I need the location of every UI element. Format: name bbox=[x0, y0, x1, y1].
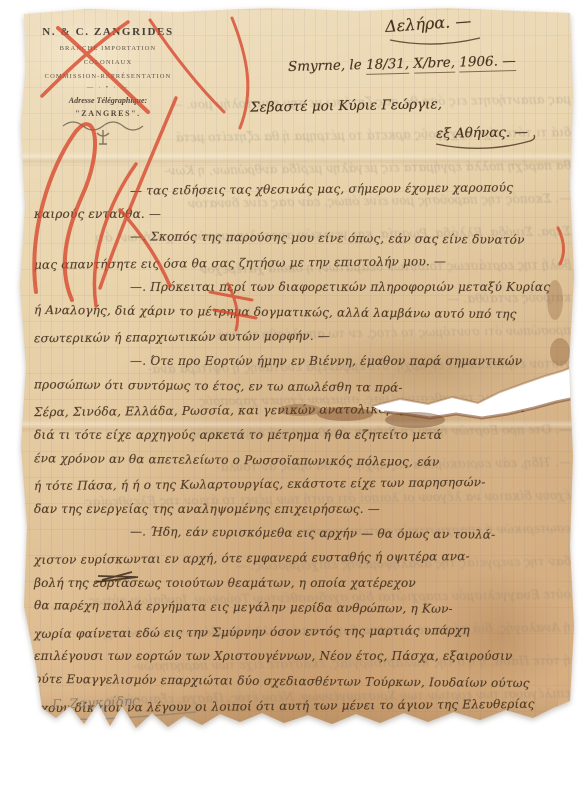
handwriting-line: Σέρα, Σινόδα, Ελλάδα, Ρωσσία, και γενικώ… bbox=[34, 401, 525, 419]
handwriting-line: ούτε Ευαγγελισμόν επαρχιώται δύο σχεδιασ… bbox=[34, 672, 530, 690]
handwriting-line: επιλέγουσι των εορτών των Χριστουγέννων,… bbox=[34, 649, 512, 663]
letterhead-telegraph-name: "ZANGRES". bbox=[24, 109, 192, 118]
handwriting-line: —. Ότε προ Εορτών ήμην εν Βιέννη, έμαθον… bbox=[130, 354, 522, 368]
dateline: Smyrne, le 18/31, X/bre, 1906. — bbox=[288, 53, 516, 75]
letter-paper: μας απαντήσητε εις όσα θα σας ζητήσω με … bbox=[18, 6, 575, 738]
handwriting-line: χωρία φαίνεται εδώ εις την Σμύρνην όσον … bbox=[34, 623, 470, 641]
docket-note: Δελήρα. — bbox=[384, 11, 471, 36]
letterhead-line-2: COLONIAUX bbox=[24, 59, 192, 66]
handwriting-line: προσώπων ότι συντόμως το έτος, εν τω απω… bbox=[34, 377, 403, 394]
origin-note: εξ Αθήνας. — bbox=[436, 124, 528, 142]
handwriting-line: βολή της εορτάσεως τοιούτων θεαμάτων, η … bbox=[34, 576, 416, 590]
handwriting-line: —. Πρόκειται περί των διαφορετικών πληρο… bbox=[130, 280, 550, 294]
dateline-place: Smyrne, le bbox=[288, 57, 366, 75]
dateline-year: 1906. — bbox=[459, 53, 516, 72]
scanned-letter-page: μας απαντήσητε εις όσα θα σας ζητήσω με … bbox=[0, 0, 581, 800]
letterhead-telegraph-label: Adresse Télégraphique: bbox=[24, 96, 192, 105]
letterhead-company-name: N. & C. ZANGRIDES bbox=[24, 26, 192, 38]
letterhead-line-3: COMMISSION-REPRÉSENTATION bbox=[24, 73, 192, 80]
letterhead-line-1: BRANCHE IMPORTATION bbox=[24, 45, 192, 52]
handwriting-line: εσωτερικών ή επαρχιωτικών αυτών μορφήν. … bbox=[34, 328, 330, 345]
salutation: Σεβαστέ μοι Κύριε Γεώργιε, bbox=[250, 96, 442, 115]
letter-sheet-wrap: μας απαντήσητε εις όσα θα σας ζητήσω με … bbox=[0, 0, 581, 800]
dateline-day: 18/31, bbox=[366, 56, 410, 75]
letterhead-ornament: — · • · — bbox=[24, 85, 192, 91]
handwriting-line: ή Αναλογής, διά χάριν το μέτρημα δογματι… bbox=[34, 303, 517, 321]
handwriting-line: ένα χρόνον αν θα απετελείωτο ο Ρωσσοϊαπω… bbox=[34, 451, 440, 469]
handwriting-line: θα παρέχη πολλά εργήματα εις μεγάλην μερ… bbox=[34, 598, 453, 616]
letterhead-flourish-icon bbox=[53, 120, 163, 150]
handwriting-line: —. Σκοπός της παρούσης μου είνε όπως, εά… bbox=[130, 229, 525, 246]
handwriting-line: διά τι τότε είχε αρχηγούς αρκετά το μέτρ… bbox=[34, 428, 442, 442]
letterhead: N. & C. ZANGRIDES BRANCHE IMPORTATION CO… bbox=[24, 26, 192, 155]
dateline-month: X/bre, bbox=[413, 55, 455, 74]
docket-underline bbox=[390, 38, 480, 44]
handwriting-line: καιρούς ενταύθα. — bbox=[34, 207, 161, 221]
handwriting-line: δαν της ενεργείας της αναληψομένης επιχε… bbox=[34, 502, 380, 516]
